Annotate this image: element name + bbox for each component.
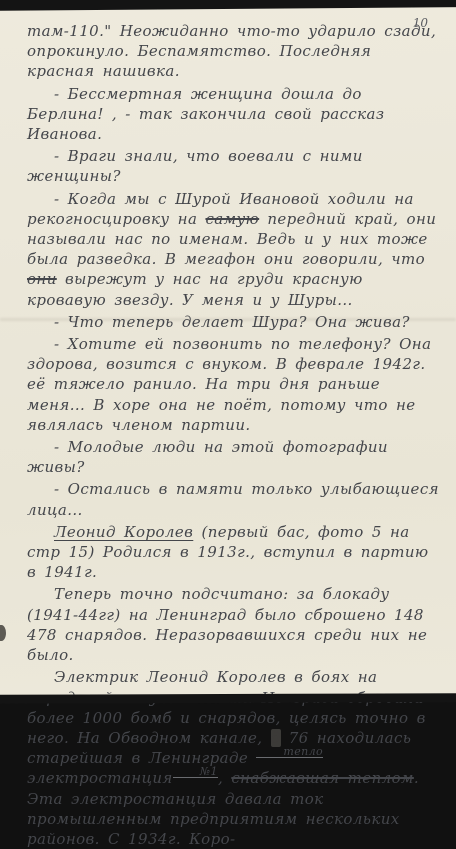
scan-edge-bottom <box>0 693 456 700</box>
paragraph-dialogue: - Когда мы с Шурой Ивановой ходили на ре… <box>27 189 442 310</box>
scan-edge-top <box>0 0 456 11</box>
text-run: Теперь точно подсчитано: за блокаду (194… <box>27 585 427 664</box>
paragraph-dialogue: - Что теперь делает Шура? Она жива? <box>27 312 442 332</box>
text-run: - Молодые люди на этой фотографии живы? <box>27 438 388 476</box>
paragraph-dialogue: - Хотите ей позвонить по телефону? Она з… <box>27 334 442 435</box>
paragraph-continuation: там-110." Неожиданно что-то ударило сзад… <box>27 21 442 82</box>
paragraph-dialogue: - Остались в памяти только улыбающиеся л… <box>27 479 442 519</box>
paragraph-person-heading: Леонид Королев (первый бас, фото 5 на ст… <box>27 522 442 583</box>
manuscript-text: там-110." Неожиданно что-то ударило сзад… <box>27 21 442 690</box>
crossed-out-word: они <box>27 270 57 288</box>
manuscript-page: 10 там-110." Неожиданно что-то ударило с… <box>0 0 456 700</box>
paragraph-dialogue: - Бессмертная женщина дошла до Берлина! … <box>27 84 442 145</box>
text-run: там-110." Неожиданно что-то ударило сзад… <box>27 22 436 80</box>
text-run: - Бессмертная женщина дошла до Берлина! … <box>27 85 384 143</box>
text-run: вырежут у нас на груди красную кровавую … <box>27 270 363 308</box>
text-run: - Хотите ей позвонить по телефону? Она з… <box>27 335 431 434</box>
scan-smudge <box>0 625 6 641</box>
paragraph-dialogue: - Враги знали, что воевали с ними женщин… <box>27 146 442 186</box>
page-number: 10 <box>413 16 428 30</box>
text-run: - Враги знали, что воевали с ними женщин… <box>27 147 363 185</box>
crossed-out-word: самую <box>205 210 259 228</box>
text-run: - Остались в памяти только улыбающиеся л… <box>27 480 439 518</box>
text-run: - Что теперь делает Шура? Она жива? <box>54 313 410 331</box>
paragraph-body: Теперь точно подсчитано: за блокаду (194… <box>27 584 442 665</box>
paragraph-dialogue: - Молодые люди на этой фотографии живы? <box>27 437 442 477</box>
underlined-name: Леонид Королев <box>54 523 193 541</box>
